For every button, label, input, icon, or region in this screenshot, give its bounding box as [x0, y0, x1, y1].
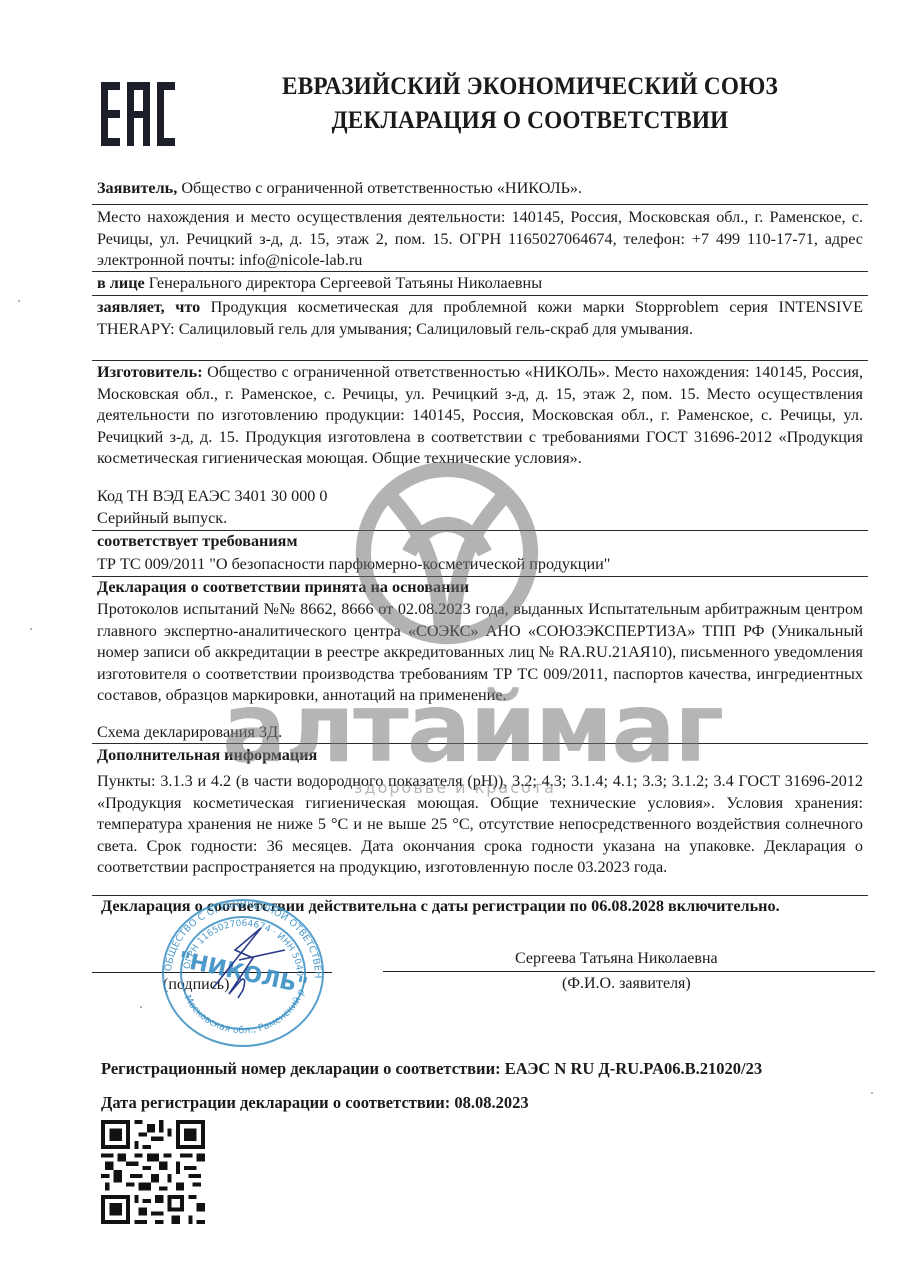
- divider: [92, 295, 868, 296]
- applicant-name: Сергеева Татьяна Николаевна: [515, 950, 718, 968]
- declares-label: заявляет, что: [97, 298, 200, 316]
- divider: [92, 360, 868, 361]
- company-stamp: ОБЩЕСТВО С ОГРАНИЧЕННОЙ ОТВЕТСТВЕННОСТЬЮ…: [143, 898, 343, 1048]
- technical-regulation: ТР ТС 009/2011 "О безопасности парфюмерн…: [97, 554, 863, 576]
- scan-speck: [140, 1006, 142, 1008]
- declaration-page: ЕВРАЗИЙСКИЙ ЭКОНОМИЧЕСКИЙ СОЮЗ ДЕКЛАРАЦИ…: [0, 0, 900, 1273]
- declaration-scheme: Схема декларирования 3Д.: [97, 722, 863, 744]
- represented-by-label: в лице: [97, 274, 145, 292]
- basis-heading: Декларация о соответствии принята на осн…: [97, 577, 863, 599]
- divider: [92, 204, 868, 205]
- declares-statement: заявляет, что Продукция косметическая дл…: [97, 297, 863, 340]
- applicant-value: Общество с ограниченной ответственностью…: [177, 179, 582, 197]
- document-title: ДЕКЛАРАЦИЯ О СООТВЕТСТВИИ: [205, 107, 856, 135]
- release-type: Серийный выпуск.: [97, 508, 863, 530]
- manufacturer-info: Изготовитель: Общество с ограниченной от…: [97, 362, 863, 470]
- name-caption: (Ф.И.О. заявителя): [562, 975, 691, 993]
- divider: [92, 743, 868, 744]
- represented-by-line: в лице Генерального директора Сергеевой …: [97, 273, 863, 295]
- product-description: Продукция косметическая для проблемной к…: [97, 298, 863, 338]
- additional-info-text: Пункты: 3.1.3 и 4.2 (в части водородного…: [97, 771, 863, 879]
- represented-by-value: Генерального директора Сергеевой Татьяны…: [145, 274, 542, 292]
- manufacturer-value: Общество с ограниченной ответственностью…: [97, 363, 863, 467]
- manufacturer-label: Изготовитель:: [97, 363, 203, 381]
- registration-date: Дата регистрации декларации о соответств…: [101, 1093, 529, 1113]
- applicant-line: Заявитель, Общество с ограниченной ответ…: [97, 178, 863, 200]
- union-title: ЕВРАЗИЙСКИЙ ЭКОНОМИЧЕСКИЙ СОЮЗ: [205, 73, 856, 101]
- name-line: [383, 971, 875, 972]
- conforms-heading: соответствует требованиям: [97, 531, 863, 553]
- applicant-address: Место нахождения и место осуществления д…: [97, 207, 863, 272]
- basis-text: Протоколов испытаний №№ 8662, 8666 от 02…: [97, 599, 863, 707]
- divider: [92, 271, 868, 272]
- eac-logo-icon: [101, 82, 175, 146]
- scan-speck: [18, 300, 20, 302]
- scan-speck: [871, 1092, 873, 1094]
- applicant-label: Заявитель,: [97, 179, 177, 197]
- qr-code-icon[interactable]: [101, 1120, 205, 1224]
- scan-speck: [30, 628, 32, 630]
- additional-info-heading: Дополнительная информация: [97, 745, 863, 767]
- registration-number: Регистрационный номер декларации о соотв…: [101, 1059, 762, 1079]
- hs-code: Код ТН ВЭД ЕАЭС 3401 30 000 0: [97, 486, 863, 508]
